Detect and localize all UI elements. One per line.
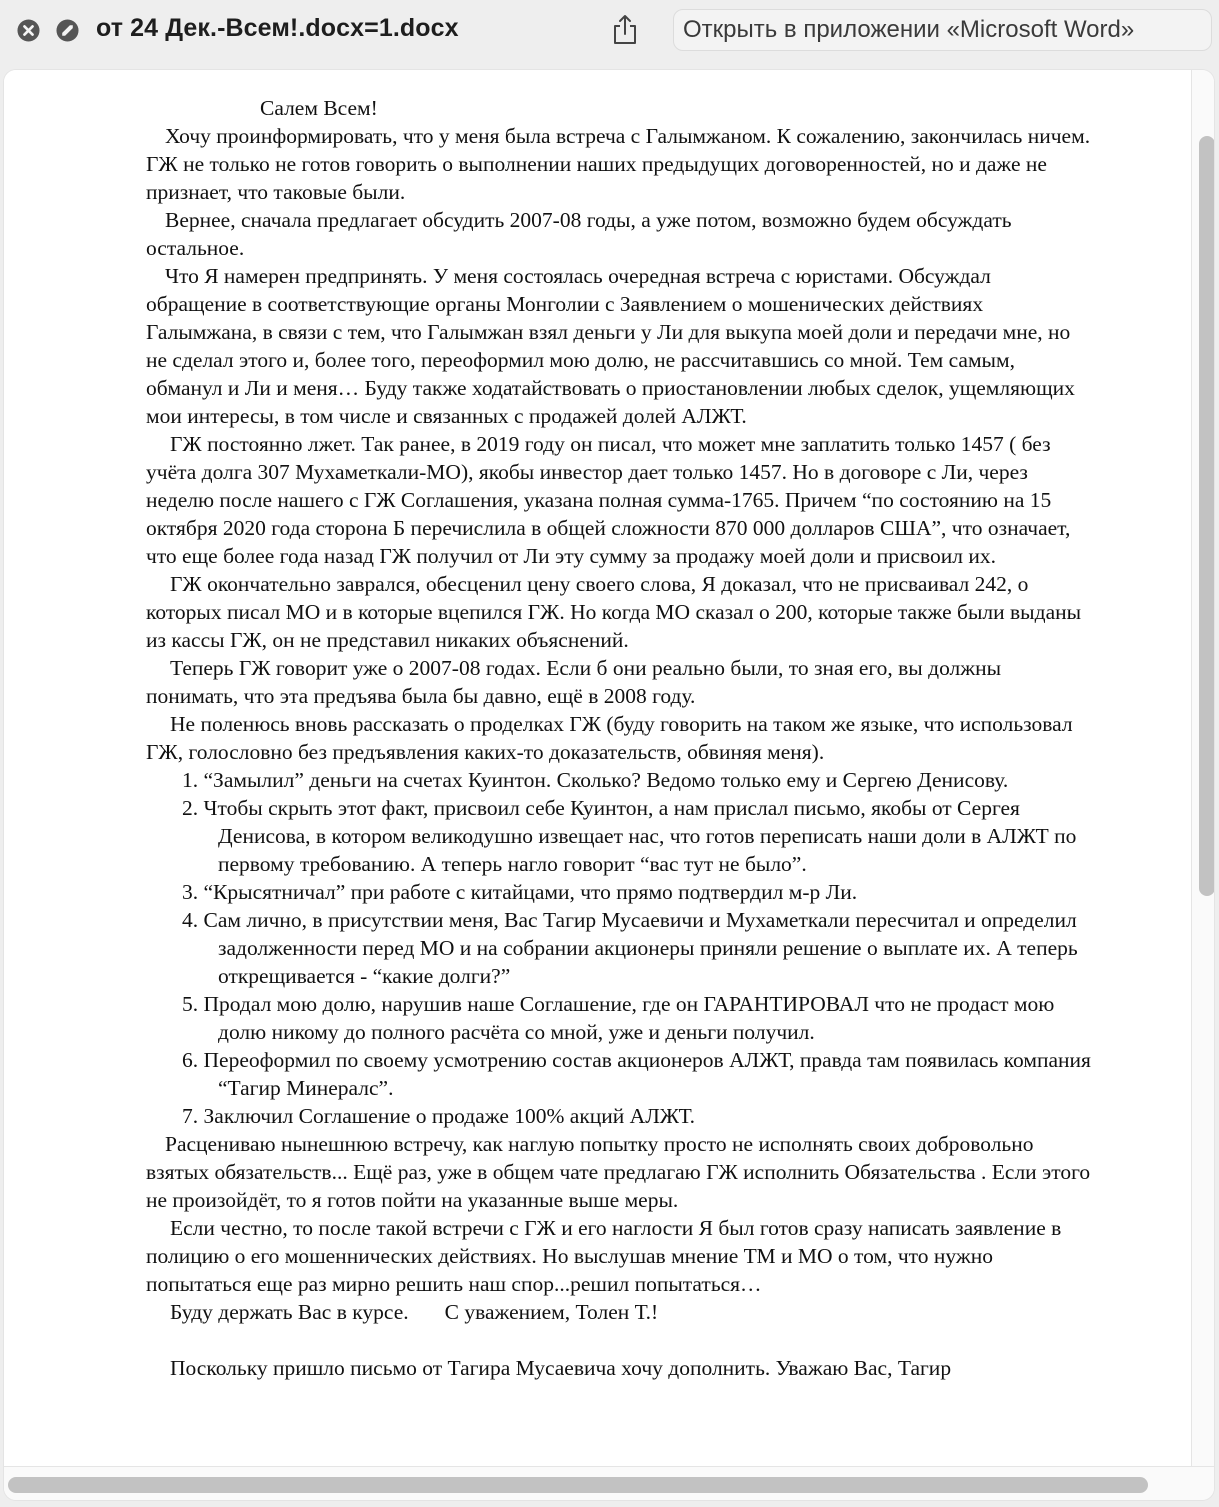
paragraph: Теперь ГЖ говорит уже о 2007-08 годах. Е… <box>146 654 1091 710</box>
sign-off-left: Буду держать Вас в курсе. <box>170 1300 409 1324</box>
list-number: 2. <box>182 796 198 820</box>
paragraph: ГЖ окончательно заврался, обесценил цену… <box>146 570 1091 654</box>
list-item: 1. “Замылил” деньги на счетах Куинтон. С… <box>146 766 1091 794</box>
paragraph: Вернее, сначала предлагает обсудить 2007… <box>146 206 1091 262</box>
paragraph: ГЖ постоянно лжет. Так ранее, в 2019 год… <box>146 430 1091 570</box>
paragraph: Не поленюсь вновь рассказать о проделках… <box>146 710 1091 766</box>
list-number: 3. <box>182 880 198 904</box>
document-viewer: Салем Всем! Хочу проинформировать, что у… <box>4 70 1214 1500</box>
horizontal-scrollbar-thumb[interactable] <box>8 1477 1148 1493</box>
list-text: Заключил Соглашение о продаже 100% акций… <box>204 1104 696 1128</box>
list-text: Продал мою долю, нарушив наше Соглашение… <box>204 992 1055 1044</box>
paragraph: Расцениваю нынешнюю встречу, как наглую … <box>146 1130 1091 1214</box>
grievance-list: 1. “Замылил” деньги на счетах Куинтон. С… <box>146 766 1091 1130</box>
list-number: 7. <box>182 1104 198 1128</box>
vertical-scrollbar-thumb[interactable] <box>1199 136 1214 896</box>
document-title: от 24 Дек.-Всем!.docx=1.docx <box>96 14 459 43</box>
list-text: Переоформил по своему усмотрению состав … <box>204 1048 1091 1100</box>
open-in-word-button[interactable]: Открыть в приложении «Microsoft Word» <box>673 9 1212 51</box>
list-text: Сам лично, в присутствии меня, Вас Тагир… <box>204 908 1078 988</box>
greeting: Салем Всем! <box>146 94 1091 122</box>
sign-off: Буду держать Вас в курсе.С уважением, То… <box>146 1298 1091 1326</box>
document-page: Салем Всем! Хочу проинформировать, что у… <box>4 70 1190 1464</box>
paragraph: Хочу проинформировать, что у меня была в… <box>146 122 1091 206</box>
close-circle-icon <box>17 19 40 42</box>
list-text: “Замылил” деньги на счетах Куинтон. Скол… <box>204 768 1009 792</box>
list-text: Чтобы скрыть этот факт, присвоил себе Ку… <box>204 796 1077 876</box>
list-number: 6. <box>182 1048 198 1072</box>
list-item: 4. Сам лично, в присутствии меня, Вас Та… <box>146 906 1091 990</box>
share-icon <box>611 14 639 46</box>
list-item: 3. “Крысятничал” при работе с китайцами,… <box>146 878 1091 906</box>
postscript: Поскольку пришло письмо от Тагира Мусаев… <box>146 1354 1091 1382</box>
list-item: 6. Переоформил по своему усмотрению сост… <box>146 1046 1091 1102</box>
list-number: 5. <box>182 992 198 1016</box>
signature: С уважением, Толен Т.! <box>445 1300 659 1324</box>
list-item: 7. Заключил Соглашение о продаже 100% ак… <box>146 1102 1091 1130</box>
paragraph: Если честно, то после такой встречи с ГЖ… <box>146 1214 1091 1298</box>
document-body: Салем Всем! Хочу проинформировать, что у… <box>146 94 1091 1382</box>
fullscreen-circle-icon <box>56 19 79 42</box>
list-number: 1. <box>182 768 198 792</box>
paragraph: Что Я намерен предпринять. У меня состоя… <box>146 262 1091 430</box>
quicklook-toolbar: от 24 Дек.-Всем!.docx=1.docx Открыть в п… <box>0 0 1219 62</box>
list-number: 4. <box>182 908 198 932</box>
list-item: 5. Продал мою долю, нарушив наше Соглаше… <box>146 990 1091 1046</box>
list-item: 2. Чтобы скрыть этот факт, присвоил себе… <box>146 794 1091 878</box>
list-text: “Крысятничал” при работе с китайцами, чт… <box>204 880 858 904</box>
close-button[interactable] <box>17 19 40 42</box>
share-button[interactable] <box>611 14 639 46</box>
fullscreen-button[interactable] <box>56 19 79 42</box>
